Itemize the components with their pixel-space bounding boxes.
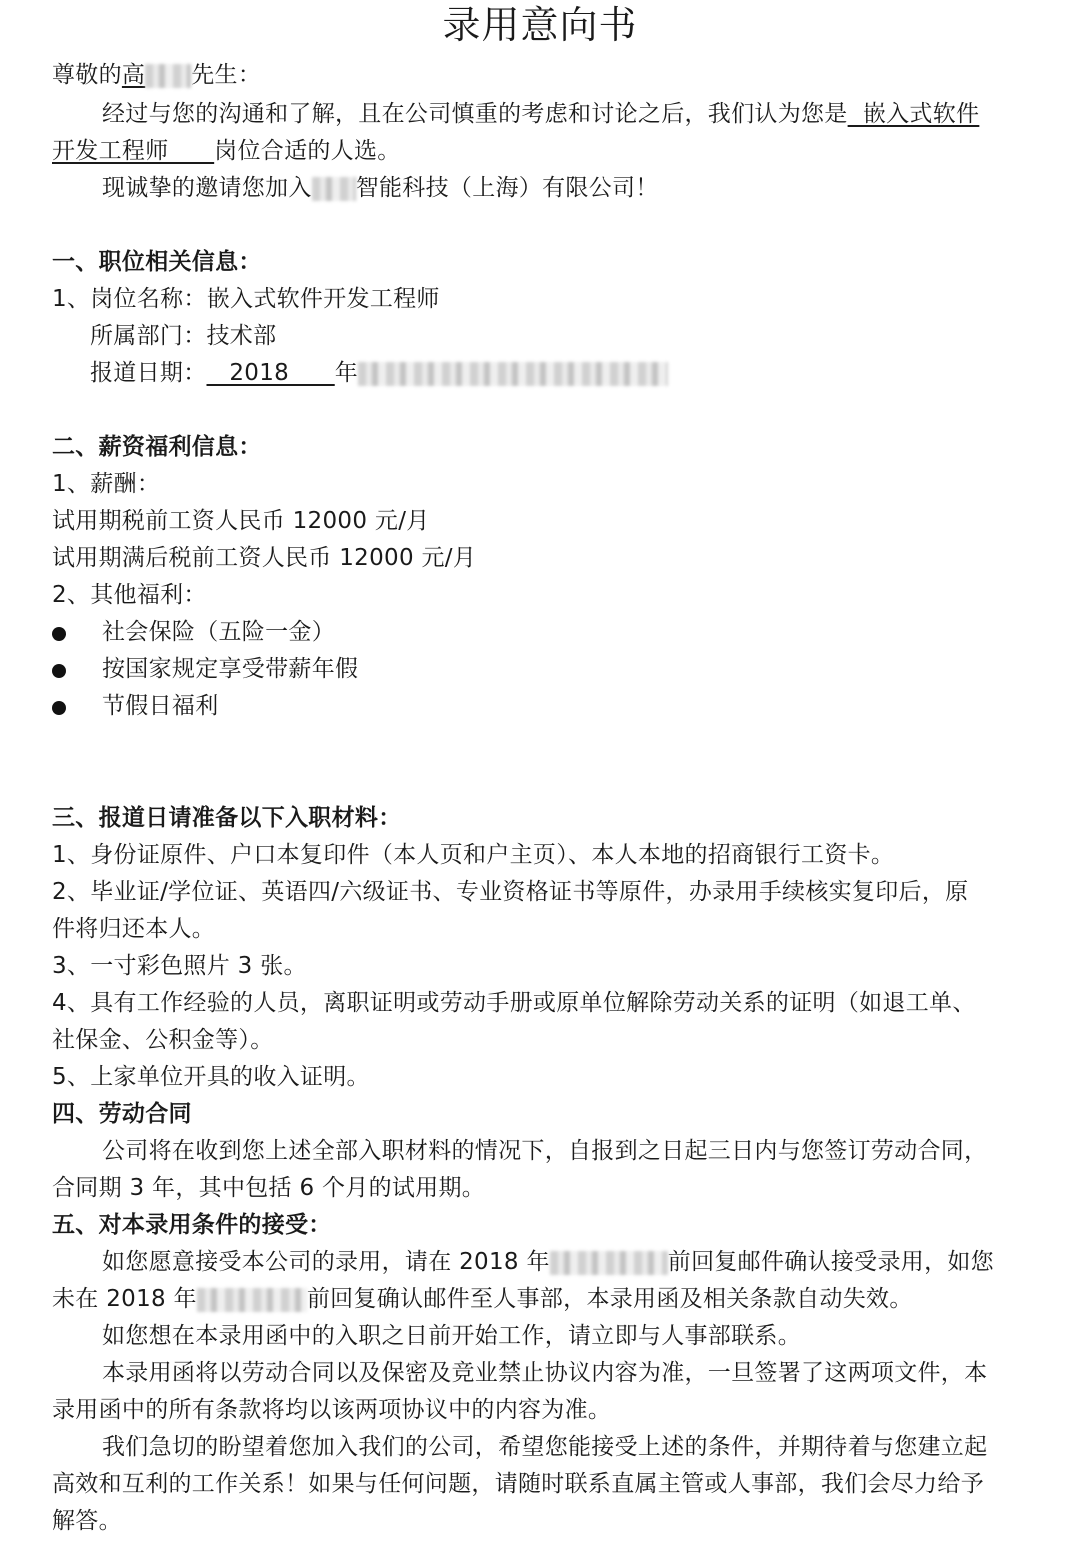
redacted-company: [312, 177, 356, 201]
material-item: 3、一寸彩色照片 3 张。: [52, 951, 307, 981]
acceptance-para-line-1: 如您愿意接受本公司的录用，请在 2018 年前回复邮件确认接受录用，如您: [102, 1247, 994, 1277]
bullet-icon: [52, 664, 66, 678]
other-benefits-label: 2、其他福利：: [52, 580, 207, 610]
position-row: 1、岗位名称：嵌入式软件开发工程师: [52, 284, 440, 314]
salary-probation: 试用期税前工资人民币 12000 元/月: [52, 506, 430, 536]
material-item: 2、毕业证/学位证、英语四/六级证书、专业资格证书等原件，办录用手续核实复印后，…: [52, 877, 968, 907]
position-fill-1: 嵌入式软件: [848, 101, 980, 127]
material-item: 5、上家单位开具的收入证明。: [52, 1062, 370, 1092]
closing-para-line-3: 解答。: [52, 1506, 122, 1536]
position-fill-2: 开发工程师: [52, 138, 214, 164]
redacted-date: [197, 1288, 307, 1312]
section-3-heading: 三、报道日请准备以下入职材料：: [52, 803, 402, 833]
early-start-para: 如您想在本录用函中的入职之日前开始工作，请立即与人事部联系。: [102, 1321, 801, 1351]
redacted-date: [358, 362, 668, 386]
candidate-name: 高: [122, 62, 191, 88]
benefit-item: 按国家规定享受带薪年假: [102, 654, 358, 684]
report-date-row: 报道日期： 2018 年: [90, 358, 668, 388]
report-year: 2018: [207, 360, 335, 386]
intro-line-1: 经过与您的沟通和了解，且在公司慎重的考虑和讨论之后，我们认为您是 嵌入式软件: [102, 99, 979, 129]
bullet-icon: [52, 627, 66, 641]
benefit-item: 节假日福利: [102, 691, 219, 721]
salutation: 尊敬的高先生：: [52, 60, 261, 90]
offer-letter-page: 录用意向书 尊敬的高先生： 经过与您的沟通和了解，且在公司慎重的考虑和讨论之后，…: [0, 0, 1080, 1562]
section-4-heading: 四、劳动合同: [52, 1099, 192, 1129]
material-item: 1、身份证原件、户口本复印件（本人页和户主页）、本人本地的招商银行工资卡。: [52, 840, 894, 870]
bullet-icon: [52, 701, 66, 715]
material-item-cont: 件将归还本人。: [52, 914, 215, 944]
closing-para-line-2: 高效和互利的工作关系！如果与任何问题，请随时联系直属主管或人事部，我们会尽力给予: [52, 1469, 984, 1499]
precedence-para-line-2: 录用函中的所有条款将均以该两项协议中的内容为准。: [52, 1395, 611, 1425]
intro-line-2: 开发工程师 岗位合适的人选。: [52, 136, 401, 166]
document-title: 录用意向书: [0, 2, 1080, 48]
department-row: 所属部门：技术部: [90, 321, 276, 351]
precedence-para-line-1: 本录用函将以劳动合同以及保密及竞业禁止协议内容为准，一旦签署了这两项文件，本: [102, 1358, 987, 1388]
section-2-heading: 二、薪资福利信息：: [52, 432, 262, 462]
section-5-heading: 五、对本录用条件的接受：: [52, 1210, 332, 1240]
redacted-name: [145, 64, 191, 88]
contract-para-line-2: 合同期 3 年，其中包括 6 个月的试用期。: [52, 1173, 485, 1203]
salary-label: 1、薪酬：: [52, 469, 160, 499]
salary-after-probation: 试用期满后税前工资人民币 12000 元/月: [52, 543, 476, 573]
benefit-item: 社会保险（五险一金）: [102, 617, 335, 647]
material-item: 4、具有工作经验的人员，离职证明或劳动手册或原单位解除劳动关系的证明（如退工单、: [52, 988, 976, 1018]
redacted-date: [550, 1251, 668, 1275]
acceptance-para-line-2: 未在 2018 年前回复确认邮件至人事部，本录用函及相关条款自动失效。: [52, 1284, 913, 1314]
closing-para-line-1: 我们急切的盼望着您加入我们的公司，希望您能接受上述的条件，并期待着与您建立起: [102, 1432, 987, 1462]
intro-line-3: 现诚挚的邀请您加入智能科技（上海）有限公司！: [102, 173, 659, 203]
material-item-cont: 社保金、公积金等）。: [52, 1025, 274, 1055]
contract-para-line-1: 公司将在收到您上述全部入职材料的情况下，自报到之日起三日内与您签订劳动合同，: [102, 1136, 987, 1166]
section-1-heading: 一、职位相关信息：: [52, 247, 262, 277]
